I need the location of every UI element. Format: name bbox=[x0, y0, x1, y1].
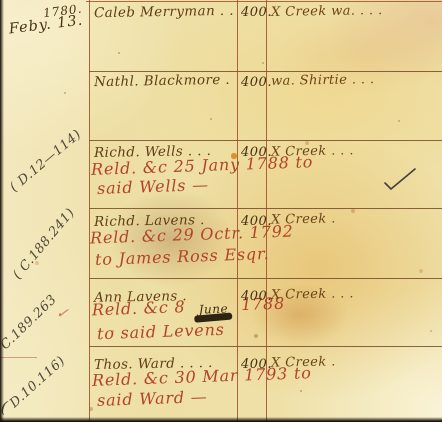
row5-release-pre: Reld. &c 8 bbox=[92, 297, 186, 319]
row5-amount: 400. bbox=[241, 289, 272, 304]
row3-amount: 400. bbox=[241, 145, 272, 160]
row3-note: X Creek . . . bbox=[271, 143, 354, 159]
row3-release-line2: said Wells — bbox=[97, 177, 209, 197]
scan-edge-left bbox=[0, 0, 4, 422]
column-line-amount-left bbox=[237, 0, 238, 422]
row6-release-line2: said Ward — bbox=[97, 389, 208, 409]
row4-amount: 400. bbox=[241, 214, 272, 229]
row1-note: X Creek wa. . . . bbox=[271, 3, 383, 20]
row2-amount: 400. bbox=[241, 75, 272, 90]
margin-note-c188-241: ( C.188.241) bbox=[10, 206, 78, 283]
margin-note-d12-114: ( D.12—114) bbox=[7, 127, 84, 195]
margin-ruled-line bbox=[0, 357, 37, 358]
row6-note: X Creek . bbox=[271, 354, 336, 370]
row4-release-line2: to James Ross Esqr. bbox=[95, 246, 270, 268]
row4-note: X Creek . bbox=[271, 211, 336, 227]
row5-note: X Creek . . . bbox=[271, 286, 354, 302]
checkmark-icon bbox=[383, 166, 417, 192]
row6-amount: 400. bbox=[241, 357, 272, 372]
row1-name: Caleb Merryman . . bbox=[94, 3, 234, 21]
row1-amount: 400. bbox=[241, 5, 272, 20]
margin-note-c189-263: C.189.263 bbox=[0, 292, 60, 353]
margin-note-d10-116: D.10.116) bbox=[7, 354, 68, 411]
row5-date-correction: June bbox=[194, 302, 233, 321]
row5-release-line2: to said Levens bbox=[97, 322, 225, 342]
column-line-names bbox=[89, 0, 90, 422]
row2-note: wa. Shirtie . . . bbox=[271, 72, 375, 89]
scan-edge-bottom bbox=[0, 417, 442, 422]
entry-date: 1780. Feby. 13. bbox=[7, 2, 85, 38]
row2-name: Nathl. Blackmore . bbox=[94, 72, 230, 90]
entry-date-day: Feby. 13. bbox=[8, 12, 85, 37]
margin-checkmark-icon: ✓ bbox=[55, 303, 70, 323]
ruled-line-top bbox=[86, 1, 442, 2]
ledger-page-scan: 1780. Feby. 13. ( D.12—114) ( C.188.241)… bbox=[0, 0, 442, 422]
